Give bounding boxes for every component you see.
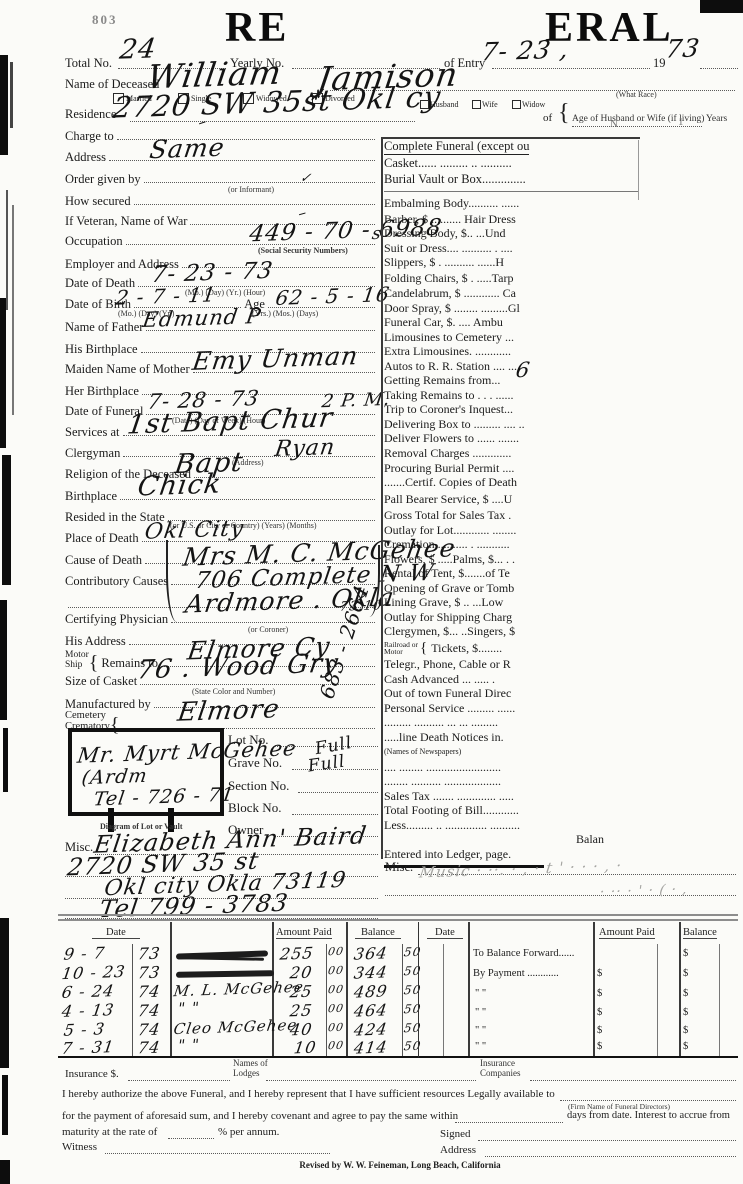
payment-amount-cents: 00 [327, 1022, 345, 1034]
payment-year: 73 [137, 965, 162, 982]
charge-item: Clergymen, $... ..Singers, $ [384, 624, 638, 639]
table-line [402, 944, 403, 1056]
grave-full-value: Full [307, 753, 347, 775]
insurance-label: Insurance $. [65, 1068, 119, 1080]
ditto-row: " " [475, 1007, 486, 1018]
payment-date: 6 - 24 [61, 983, 116, 1001]
dotted-leader [298, 790, 378, 793]
date-header: Date [92, 927, 140, 939]
place-of-death-value: Okl City [143, 518, 245, 543]
payment-amount: 40 [289, 1022, 314, 1039]
table-line [443, 944, 444, 1056]
table-line [346, 922, 348, 1056]
payment-date: 5 - 3 [63, 1021, 106, 1038]
dollar-sign: $ [597, 1025, 602, 1036]
father-value: Edmund P [141, 306, 263, 331]
balance-forward-row: To Balance Forward...... [473, 948, 574, 959]
payment-name: M. L. McGehee [173, 980, 305, 1000]
wife-label: Wife [482, 100, 498, 109]
payment-amount-cents: 00 [327, 1003, 345, 1015]
payments-table-right: Date Amount Paid Balance To Balance Forw… [418, 922, 738, 1058]
residence-value: 2720 SW 35st Okl cy [111, 82, 443, 122]
diagram-note-line2: (Ardm [80, 767, 148, 788]
charge-item: Extra Limousines. ............ [384, 344, 638, 359]
payment-balance: 489 [353, 983, 389, 1000]
charge-item: Taking Remains to . . . ...... [384, 388, 638, 403]
charge-item: Balan [384, 832, 638, 847]
companies-label-2: Companies [480, 1068, 521, 1078]
charge-item: ........ .......... ................... [384, 774, 638, 789]
payment-year: 74 [137, 1003, 162, 1020]
husband-label: Husband [430, 100, 458, 109]
date-of-birth-value: 2 - 7 - 11 [114, 284, 217, 307]
mother-value: Emy Unman [191, 343, 360, 374]
charge-item: Dressing Body, $.. ...Und [384, 226, 638, 241]
charge-item: Funeral Car, $. .... Ambu [384, 315, 638, 330]
ditto-row: " " [475, 1041, 486, 1052]
charge-item: Door Spray, $ ........ .........Gl [384, 301, 638, 316]
dotted-leader [485, 1154, 736, 1157]
companies-label-1: Insurance [480, 1058, 515, 1068]
crossed-out-name [180, 956, 264, 960]
what-race-label: (What Race) [616, 90, 657, 99]
panel-left-border [381, 137, 383, 859]
charge-item: Embalming Body.......... ...... [384, 196, 638, 212]
block-no-label: Block No. [228, 800, 281, 816]
scan-edge-artifact [12, 205, 14, 415]
scan-edge-artifact [0, 1160, 10, 1184]
panel-handwritten-mark: 6 [514, 360, 531, 381]
charge-item: Flowers, $ .....Palms, $... . . [384, 552, 638, 567]
scan-edge-artifact [6, 190, 8, 310]
payment-balance: 414 [353, 1039, 389, 1056]
misc-right-label: Misc. [385, 860, 413, 875]
address-value: Same [148, 135, 226, 163]
charge-item: .....line Death Notices in. [384, 730, 638, 747]
authorization-line-2: for the payment of aforesaid sum, and I … [62, 1110, 458, 1122]
scan-edge-artifact [0, 918, 9, 1068]
payment-date: 9 - 7 [63, 945, 106, 962]
balance-header: Balance [683, 927, 717, 939]
page-number-stamp: 803 [92, 12, 118, 28]
table-top-rule [58, 914, 738, 916]
ssn-sub: (Social Security Numbers) [258, 246, 348, 255]
charge-item: Opening of Grave or Tomb [384, 581, 638, 596]
spouse-age-label: Age of Husband or Wife (if living) [572, 114, 704, 124]
payment-name: " " [177, 1038, 201, 1054]
table-line [170, 922, 172, 1056]
misc-right-note2: · ·· · ' · ( · , [599, 882, 689, 899]
charge-item: Suit or Dress.... .......... . .... [384, 241, 638, 256]
dotted-leader [168, 1136, 214, 1139]
payment-year: 74 [137, 1022, 162, 1039]
lodges-label-2: Lodges [233, 1068, 260, 1078]
charge-item: .......Certif. Copies of Death [384, 475, 638, 492]
payment-date: 4 - 13 [61, 1002, 116, 1020]
payment-amount: 10 [293, 1040, 318, 1057]
revised-by-footer: Revised by W. W. Feineman, Long Beach, C… [250, 1160, 550, 1170]
or-informant-sub: (or Informant) [228, 185, 274, 194]
diagram-note-line3: Tel - 726 - 71 [92, 786, 235, 810]
payment-amount: 255 [279, 945, 315, 962]
charge-item: ......... .......... ... ... ......... [384, 715, 638, 730]
field-birthplace: Birthplace [65, 487, 378, 503]
scan-edge-artifact [2, 1075, 8, 1135]
payment-balance: 364 [353, 945, 389, 962]
misc-phone-value: Tel 799 - 3783 [98, 891, 290, 922]
dotted-leader [144, 182, 375, 183]
form-title-left: RE [225, 4, 289, 52]
charge-item: Telegr., Phone, Cable or R [384, 657, 638, 672]
charges-panel: Complete Funeral (except ou Casket......… [384, 139, 638, 868]
charge-item: Out of town Funeral Direc [384, 686, 638, 701]
payment-amount-cents: 00 [327, 1040, 345, 1052]
charge-item: Candelabrum, $ ............ Ca [384, 286, 638, 301]
dotted-leader [478, 1138, 736, 1141]
payment-amount-cents: 00 [327, 965, 345, 977]
table-line [326, 944, 327, 1056]
dotted-leader [560, 1098, 736, 1101]
dollar-sign: $ [683, 1025, 688, 1036]
dotted-leader [123, 456, 375, 457]
dotted-leader [128, 1078, 230, 1081]
newspapers-sub: (Names of Newspapers) [384, 747, 638, 760]
table-line [679, 922, 681, 1056]
charge-item: Less......... .. .............. ........… [384, 818, 638, 833]
charge-item: Total Footing of Bill............ [384, 803, 638, 818]
motor-ship-stack: MotorShip [65, 651, 89, 670]
charge-item: Outlay for Shipping Charg [384, 610, 638, 625]
charge-item: Lining Grave, $ .. ...Low [384, 595, 638, 610]
scan-corner-artifact [700, 0, 743, 13]
per-annum-label: % per annum. [218, 1126, 279, 1138]
brace-glyph: { [89, 656, 99, 670]
authorization-line-2b: days from date. Interest to accrue from [567, 1110, 730, 1121]
payment-balance: 464 [353, 1002, 389, 1019]
scan-edge-artifact [0, 55, 8, 155]
dotted-leader [455, 1120, 563, 1123]
brace-glyph: { [420, 641, 427, 655]
entry-year-value: 73 [664, 35, 702, 61]
payment-name: " " [177, 1001, 201, 1017]
years-label: Years [706, 114, 727, 124]
dotted-leader [292, 812, 378, 815]
authorization-line-3: maturity at the rate of [62, 1126, 157, 1138]
bracket-curve [166, 540, 184, 622]
charge-item: Trip to Coroner's Inquest... [384, 402, 638, 417]
check-mark: ✓ [299, 172, 313, 185]
charge-item: Barber, $ .......... Hair Dress [384, 212, 638, 227]
dotted-leader [134, 204, 375, 205]
husband-checkbox [420, 100, 429, 109]
of-label: of [543, 112, 552, 124]
signed-label: Signed [440, 1128, 471, 1140]
date-header: Date [427, 927, 463, 939]
charge-item: Complete Funeral (except ou [384, 139, 638, 156]
payments-table-left: Date Amount Paid Balance 9 - 7 73 255 00… [58, 922, 418, 1058]
table-line [657, 944, 658, 1056]
payment-date: 7 - 31 [61, 1039, 116, 1057]
dollar-sign: $ [597, 1007, 602, 1018]
table-line [719, 944, 720, 1056]
payment-date: 10 - 23 [61, 964, 127, 982]
payment-amount-cents: 00 [327, 946, 345, 958]
scan-edge-artifact [3, 728, 8, 792]
balance-header: Balance [355, 927, 401, 939]
witness-label: Witness [62, 1141, 97, 1153]
total-no-label: Total No. [65, 56, 112, 71]
scan-edge-artifact [0, 600, 7, 720]
misc-right-note: Music · ··. · , · t ' · · · , · [418, 858, 623, 880]
charge-item: Removal Charges ............. [384, 446, 638, 461]
dollar-sign: $ [683, 1007, 688, 1018]
payment-year: 74 [137, 984, 162, 1001]
charge-item: Slippers, $ . .......... ......H [384, 255, 638, 271]
charge-item: Getting Remains from... [384, 373, 638, 388]
lodges-label-1: Names of [233, 1058, 268, 1068]
residence-label: Residence [65, 107, 116, 122]
charge-item: .... ........ ......................... [384, 760, 638, 775]
charge-item: Sales Tax ....... ............. ..... [384, 789, 638, 804]
lot-no-label: Lot No. [228, 732, 268, 748]
dotted-leader [266, 1078, 476, 1081]
table-line [468, 922, 470, 1056]
panel-right-border [638, 140, 639, 200]
field-order-given-by: Order given by [65, 170, 378, 186]
scan-mark-i: 1 [678, 116, 684, 128]
widow-label: Widow [522, 100, 545, 109]
by-payment-row: By Payment ............ [473, 968, 559, 979]
scan-mark-n: N [610, 118, 618, 130]
dollar-sign: $ [683, 988, 688, 999]
dollar-sign: $ [683, 1041, 688, 1052]
charge-item-railroad: Railroad or Motor { Tickets, $........ [384, 639, 638, 657]
payment-amount-cents: 00 [327, 984, 345, 996]
payment-year: 74 [137, 1040, 162, 1057]
amount-paid-header: Amount Paid [276, 927, 332, 939]
charge-item: Limousines to Cemetery ... [384, 330, 638, 345]
table-line [132, 944, 133, 1056]
payment-balance: 344 [353, 964, 389, 981]
entry-date-value: 7- 23 , [480, 36, 571, 64]
charge-item: Delivering Box to ......... .... .. [384, 417, 638, 432]
grave-no-label: Grave No. [228, 755, 282, 771]
charge-item: Folding Chairs, $ . .....Tarp [384, 271, 638, 286]
services-value: 1st Bapt Chur [126, 404, 335, 438]
section-no-label: Section No. [228, 778, 289, 794]
charge-item: Deliver Flowers to ...... ....... [384, 431, 638, 446]
dollar-sign: $ [597, 1041, 602, 1052]
charge-item: Personal Service ......... ...... [384, 701, 638, 716]
dotted-leader [105, 1151, 330, 1154]
charge-item: Burial Vault or Box.............. [384, 172, 638, 189]
charge-item: Autos to R. R. Station .... ... [384, 359, 638, 374]
cemetery-value: Elmore [176, 696, 282, 726]
charge-item: Outlay for Lot............ ........ [384, 523, 638, 538]
scan-edge-artifact [0, 298, 6, 448]
scan-edge-artifact [10, 62, 13, 128]
table-top-rule [58, 919, 738, 921]
authorization-line-1: I hereby authorize the above Funeral, an… [62, 1088, 555, 1100]
ditto-row: " " [475, 988, 486, 999]
dotted-leader [530, 1078, 736, 1081]
age-value: 62 - 5 - 16 [274, 284, 391, 308]
birthplace-value: Chick [136, 471, 223, 501]
payment-year: 73 [137, 946, 162, 963]
amount-paid-header: Amount Paid [599, 927, 655, 939]
widow-checkbox [512, 100, 521, 109]
spouse-brace: { [558, 100, 570, 127]
payment-balance: 424 [353, 1021, 389, 1038]
charge-item: Casket...... ......... .. .......... [384, 156, 638, 173]
dotted-leader [700, 66, 738, 69]
dollar-sign: $ [683, 968, 688, 979]
clergyman-value: Ryan [273, 437, 336, 461]
dollar-sign: $ [597, 988, 602, 999]
dotted-leader [492, 66, 650, 69]
scan-edge-artifact [2, 455, 11, 585]
dollar-sign: $ [597, 968, 602, 979]
table-line [593, 922, 595, 1056]
charge-item: Cash Advanced ... ..... . [384, 672, 638, 687]
address-label: Address [440, 1144, 476, 1156]
payment-amount: 25 [289, 984, 314, 1001]
charge-item: Cremation .......... . ........... [384, 537, 638, 552]
payment-name: Cleo McGehee [173, 1018, 299, 1037]
dollar-sign: $ [683, 948, 688, 959]
charge-item: Procuring Burial Permit .... [384, 461, 638, 476]
charge-item: Pall Bearer Service, $ ....U [384, 492, 638, 508]
charge-item: Gross Total for Sales Tax . [384, 508, 638, 523]
crossed-out-name [176, 970, 274, 978]
field-how-secured: How secured [65, 192, 378, 208]
ditto-row: " " [475, 1025, 486, 1036]
wife-checkbox [472, 100, 481, 109]
charge-item: Rental of Tent, $.......of Te [384, 566, 638, 581]
casket-value: 76 . Wood Gry [136, 651, 341, 684]
